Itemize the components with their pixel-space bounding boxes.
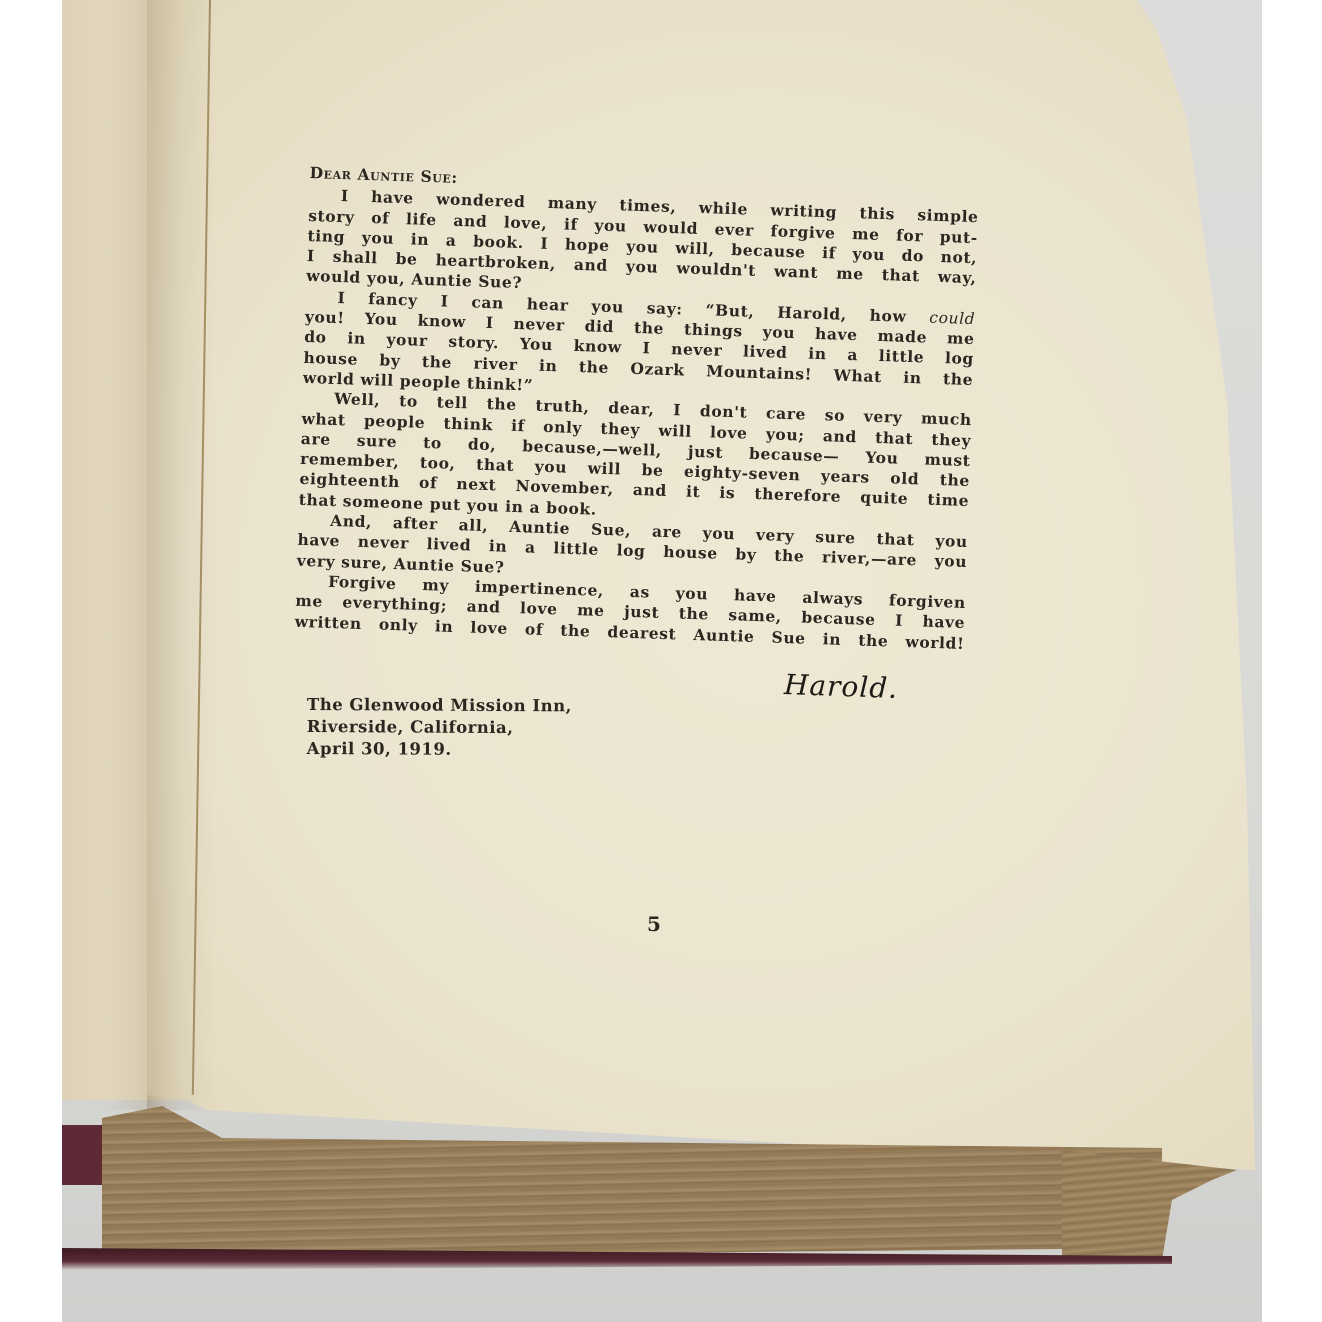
dedication-letter: Dear Auntie Sue: I have wondered many ti… (294, 163, 979, 654)
italic-word: could (929, 308, 975, 328)
letter-closing: The Glenwood Mission Inn, Riverside, Cal… (307, 694, 572, 761)
closing-city: Riverside, California, (307, 716, 572, 739)
closing-place: The Glenwood Mission Inn, (307, 694, 572, 717)
book-cover-spine (62, 1125, 104, 1185)
signature: Harold. (783, 668, 898, 705)
book-photo: Dear Auntie Sue: I have wondered many ti… (62, 0, 1262, 1322)
page-number: 5 (647, 912, 661, 936)
closing-date: April 30, 1919. (307, 738, 572, 761)
